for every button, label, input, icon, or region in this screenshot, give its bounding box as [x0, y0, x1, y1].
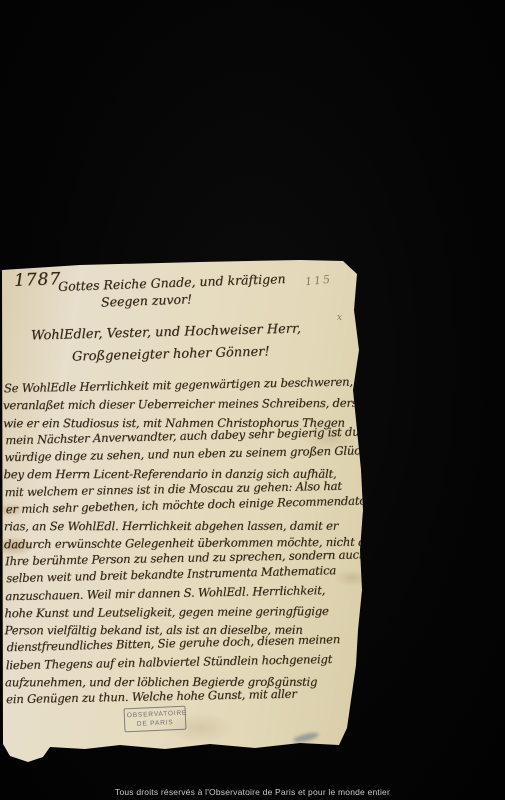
salutation-line: WohlEdler, Vester, und Hochweiser Herr, [31, 321, 301, 343]
pencil-smudge [293, 731, 320, 744]
letter-heading-line: Seegen zuvor! [101, 291, 192, 309]
letter-body: Se WohlEdle Herrlichkeit mit gegenwärtig… [3, 378, 367, 709]
salutation-line: Großgeneigter hoher Gönner! [72, 344, 270, 364]
observatory-stamp: OBSERVATOIRE DE PARIS [124, 706, 187, 733]
year-annotation: 1787 [14, 269, 62, 291]
manuscript-line: veranlaßet mich dieser Ueberreicher mein… [3, 395, 365, 415]
photo-background: 1787 Gottes Reiche Gnade, und kräftigen … [0, 0, 505, 800]
copyright-caption: Tous droits réservés à l'Observatoire de… [0, 787, 505, 797]
folio-number: 115 [304, 273, 332, 289]
manuscript-page: 1787 Gottes Reiche Gnade, und kräftigen … [0, 258, 372, 770]
manuscript-line: hohe Kunst und Leutseligkeit, gegen mein… [4, 603, 366, 623]
pencil-check-mark: x [337, 313, 342, 323]
manuscript-line: rias, an Se WohlEdl. Herrlichkeit abgehe… [4, 518, 366, 536]
letter-heading-line: Gottes Reiche Gnade, und kräftigen [58, 271, 286, 294]
manuscript-line: Se WohlEdle Herrlichkeit mit gegenwärtig… [4, 373, 366, 397]
